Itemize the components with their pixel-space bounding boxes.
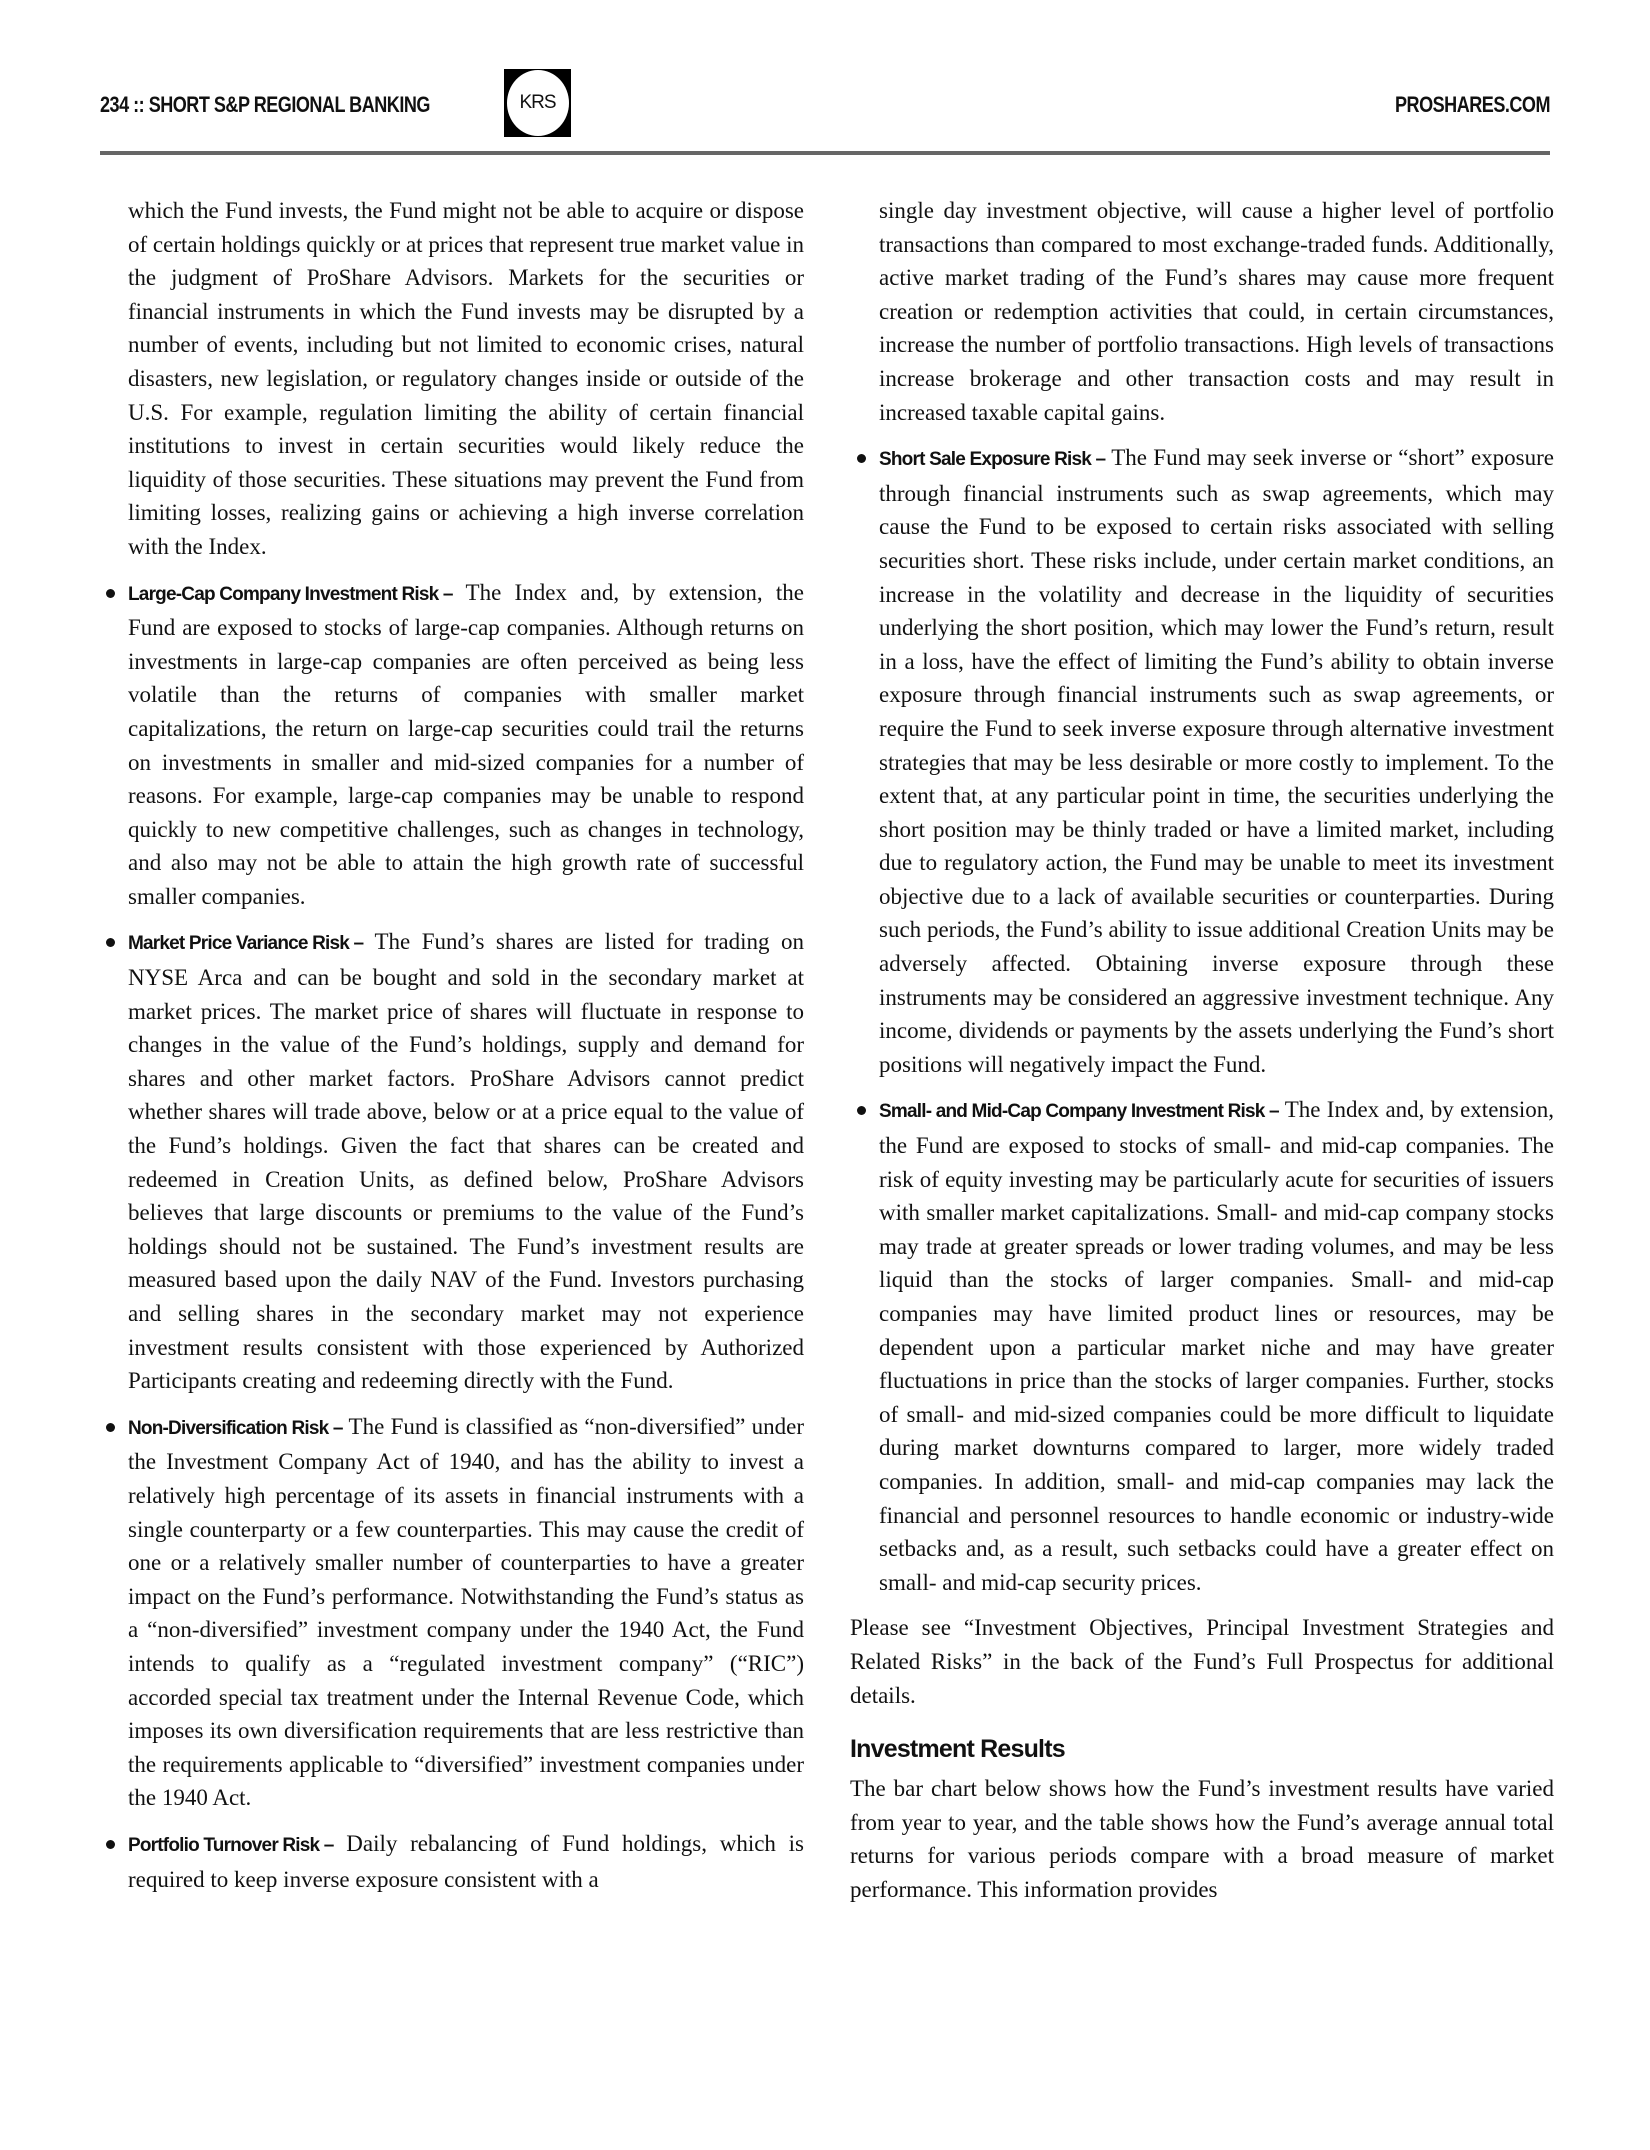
right-column: single day investment objective, will ca… bbox=[850, 194, 1554, 1919]
risk-item-short-sale-exposure: Short Sale Exposure Risk – The Fund may … bbox=[879, 441, 1554, 1081]
risk-item-portfolio-turnover: Portfolio Turnover Risk – Daily rebalanc… bbox=[128, 1827, 804, 1896]
ticker-label: KRS bbox=[519, 92, 555, 114]
see-also-paragraph: Please see “Investment Objectives, Princ… bbox=[850, 1611, 1554, 1712]
continuation-paragraph: single day investment objective, will ca… bbox=[879, 194, 1554, 429]
risk-term: Short Sale Exposure Risk – bbox=[879, 443, 1105, 477]
left-column: which the Fund invests, the Fund might n… bbox=[128, 194, 804, 1908]
intro-paragraph: which the Fund invests, the Fund might n… bbox=[128, 194, 804, 564]
risk-item-small-mid-cap: Small- and Mid-Cap Company Investment Ri… bbox=[879, 1093, 1554, 1599]
risk-item-non-diversification: Non-Diversification Risk – The Fund is c… bbox=[128, 1410, 804, 1815]
risk-term: Market Price Variance Risk – bbox=[128, 927, 363, 961]
risk-text: The Fund is classified as “non-diversifi… bbox=[128, 1414, 804, 1811]
risk-item-market-price-variance: Market Price Variance Risk – The Fund’s … bbox=[128, 925, 804, 1397]
risk-text: The Fund’s shares are listed for trad­in… bbox=[128, 929, 804, 1393]
risk-term: Portfolio Turnover Risk – bbox=[128, 1829, 334, 1863]
ticker-badge: KRS bbox=[504, 69, 571, 137]
bullet-icon bbox=[106, 1423, 115, 1432]
risk-text: The Fund may seek inverse or “short” exp… bbox=[879, 445, 1554, 1077]
risk-item-large-cap: Large-Cap Company Investment Risk – The … bbox=[128, 576, 804, 914]
bullet-icon bbox=[106, 589, 115, 598]
risk-text: The Index and, by extension, the Fund ar… bbox=[879, 1097, 1554, 1594]
risk-text: The Index and, by extension, the Fund ar… bbox=[128, 580, 804, 909]
header-divider bbox=[100, 151, 1550, 155]
bullet-icon bbox=[857, 454, 866, 463]
bullet-icon bbox=[106, 1840, 115, 1849]
bullet-icon bbox=[857, 1106, 866, 1115]
risk-term: Non-Diversification Risk – bbox=[128, 1412, 343, 1446]
ticker-circle-icon: KRS bbox=[507, 70, 569, 136]
page-title: 234 :: SHORT S&P REGIONAL BANKING bbox=[100, 92, 430, 118]
risk-term: Large-Cap Company Investment Risk – bbox=[128, 578, 453, 612]
risk-term: Small- and Mid-Cap Company Investment Ri… bbox=[879, 1095, 1279, 1129]
site-link[interactable]: PROSHARES.COM bbox=[1395, 92, 1550, 118]
bullet-icon bbox=[106, 938, 115, 947]
investment-results-paragraph: The bar chart below shows how the Fund’s… bbox=[850, 1772, 1554, 1906]
section-heading-investment-results: Investment Results bbox=[850, 1734, 1554, 1764]
